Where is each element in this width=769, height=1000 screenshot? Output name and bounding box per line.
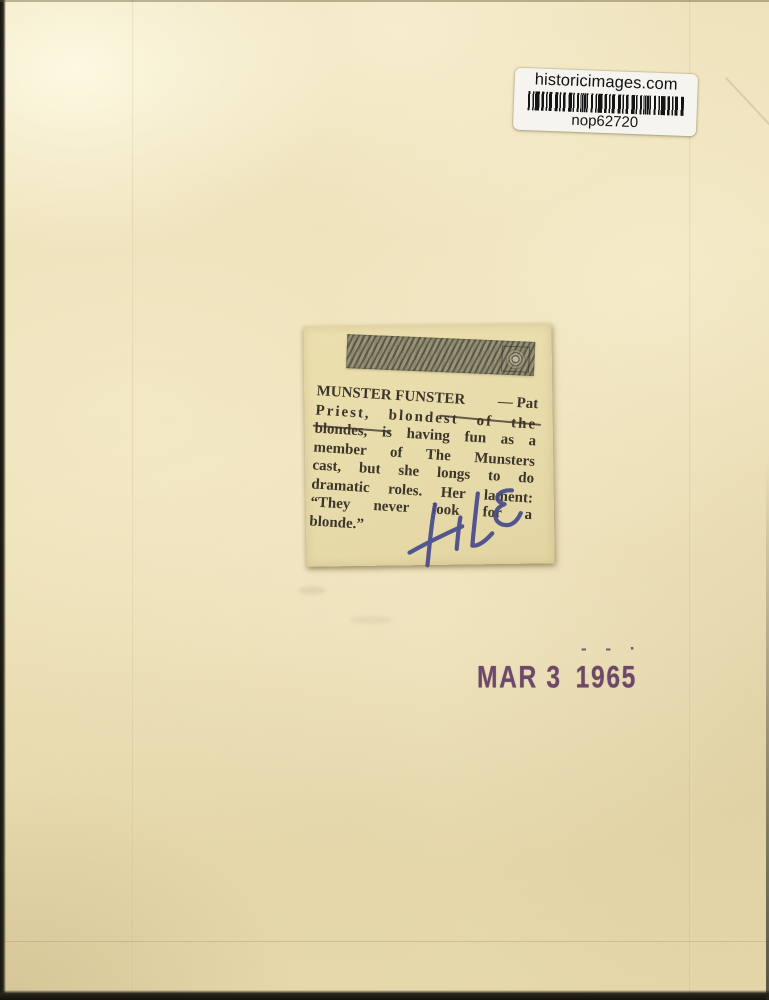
- photo-emblem-icon: [501, 346, 530, 373]
- sticker-code-text: nop62720: [571, 113, 638, 131]
- date-stamp: - - · MAR 3 1965: [477, 644, 672, 694]
- halftone-photo-strip: [346, 334, 535, 376]
- stamp-month-day: MAR 3: [477, 660, 562, 696]
- handwriting-stroke: [491, 489, 523, 528]
- paper-crease-horizontal: [0, 941, 769, 942]
- handwriting-stroke: [451, 517, 467, 548]
- paper-edge-top: [0, 0, 769, 2]
- paper-crease-vertical: [689, 0, 692, 1000]
- paper-edge-left: [0, 0, 6, 1000]
- newspaper-clipping: MUNSTER FUNSTER — Pat Priest, blondest o…: [303, 323, 554, 566]
- handwriting-stroke: [462, 492, 494, 546]
- stamp-date-row: MAR 3 1965: [477, 660, 637, 696]
- stamp-dashes: - - ·: [581, 644, 672, 654]
- photo-back-paper: historicimages.com nop62720 MUNSTER FUNS…: [0, 0, 769, 1000]
- barcode-sticker: historicimages.com nop62720: [513, 68, 698, 137]
- stamp-year: 1965: [576, 660, 637, 696]
- paper-smudge: [350, 616, 392, 624]
- paper-crease-vertical: [132, 0, 134, 992]
- paper-crease-diagonal: [725, 77, 769, 141]
- paper-edge-bottom: [0, 990, 769, 1000]
- caption-headline-rest: — Pat: [497, 393, 538, 414]
- paper-smudge: [298, 586, 326, 595]
- barcode-icon: [527, 91, 684, 116]
